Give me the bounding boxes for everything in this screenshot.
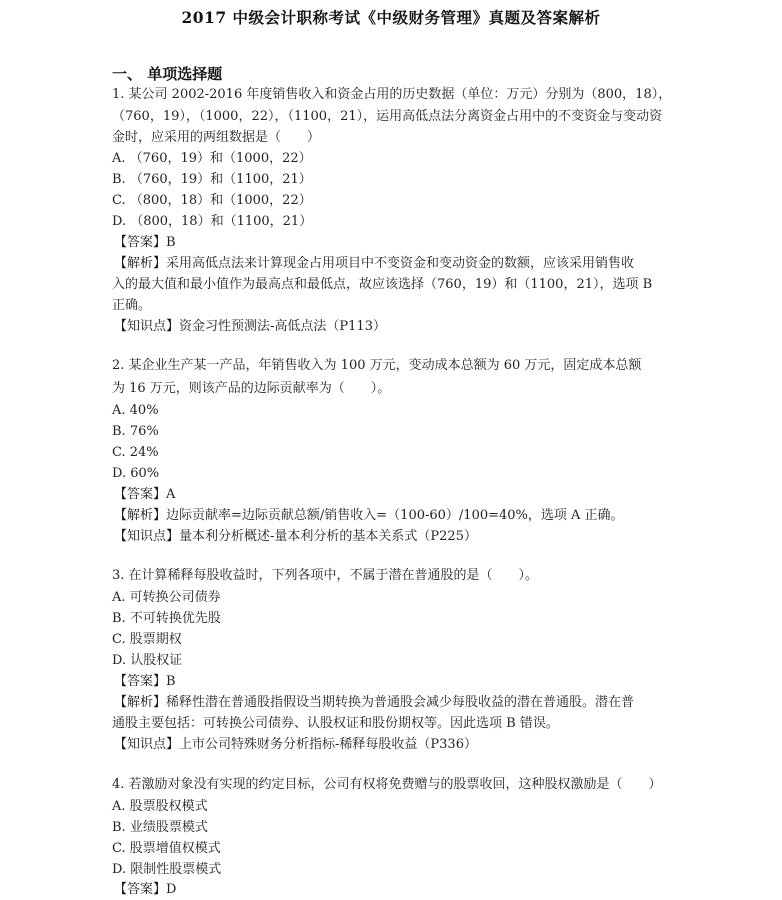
option-a: A. （760，19）和（1000，22） (112, 149, 312, 169)
answer-value: B (166, 674, 176, 689)
analysis-line: 【解析】稀释性潜在普通股指假设当期转换为普通股会减少每股收益的潜在普通股。潜在普 (114, 693, 634, 713)
option-d: D. 认股权证 (112, 651, 182, 671)
answer-label: 【答案】 (114, 882, 166, 897)
knowledge-line: 【知识点】资金习性预测法-高低点法（P113） (114, 317, 386, 337)
analysis-text: 入的最大值和最小值作为最高点和最低点，故应该选择（760，19）和（1100，2… (112, 275, 652, 295)
analysis-line: 【解析】边际贡献率=边际贡献总额/销售收入=（100-60）/100=40%，选… (114, 506, 624, 526)
knowledge-text: 上市公司特殊财务分析指标-稀释每股收益（P336） (179, 737, 477, 752)
analysis-text: 采用高低点法来计算现金占用项目中不变资金和变动资金的数额，应该采用销售收 (166, 256, 634, 271)
document-page: 2017 中级会计职称考试《中级财务管理》真题及答案解析 一、 单项选择题 1.… (0, 0, 782, 900)
knowledge-line: 【知识点】上市公司特殊财务分析指标-稀释每股收益（P336） (114, 735, 477, 755)
question-stem-line: 4. 若激励对象没有实现的约定目标，公司有权将免费赠与的股票收回，这种股权激励是… (112, 775, 662, 795)
option-b: B. 76% (112, 422, 159, 442)
answer-value: D (166, 882, 176, 897)
option-a: A. 股票股权模式 (112, 797, 208, 817)
option-d: D. 60% (112, 464, 159, 484)
option-d: D. 限制性股票模式 (112, 860, 221, 880)
knowledge-label: 【知识点】 (114, 737, 179, 752)
answer-label: 【答案】 (114, 235, 166, 250)
question-stem-line: 为 16 万元，则该产品的边际贡献率为（ ）。 (112, 379, 390, 399)
analysis-label: 【解析】 (114, 256, 166, 271)
option-c: C. 24% (112, 443, 159, 463)
answer-value: A (166, 487, 175, 502)
answer-label: 【答案】 (114, 487, 166, 502)
answer-value: B (166, 235, 176, 250)
analysis-line: 【解析】采用高低点法来计算现金占用项目中不变资金和变动资金的数额，应该采用销售收 (114, 254, 634, 274)
question-stem-line: 2. 某企业生产某一产品，年销售收入为 100 万元，变动成本总额为 60 万元… (112, 356, 641, 376)
option-b: B. 不可转换优先股 (112, 609, 221, 629)
option-c: C. 股票增值权模式 (112, 839, 221, 859)
analysis-text: 边际贡献率=边际贡献总额/销售收入=（100-60）/100=40%，选项 A … (166, 508, 624, 523)
answer-line: 【答案】B (114, 672, 176, 692)
option-b: B. 业绩股票模式 (112, 818, 208, 838)
option-a: A. 可转换公司债券 (112, 588, 221, 608)
question-stem-line: （760，19），（1000，22），（1100，21），运用高低点法分离资金占… (112, 107, 662, 127)
question-stem-line: 3. 在计算稀释每股收益时，下列各项中，不属于潜在普通股的是（ ）。 (112, 566, 538, 586)
answer-line: 【答案】B (114, 233, 176, 253)
analysis-label: 【解析】 (114, 508, 166, 523)
section-heading: 一、 单项选择题 (112, 63, 222, 84)
knowledge-line: 【知识点】量本利分析概述-量本利分析的基本关系式（P225） (114, 527, 477, 547)
option-a: A. 40% (112, 401, 159, 421)
answer-label: 【答案】 (114, 674, 166, 689)
knowledge-label: 【知识点】 (114, 529, 179, 544)
option-c: C. 股票期权 (112, 630, 182, 650)
question-stem-line: 1. 某公司 2002-2016 年度销售收入和资金占用的历史数据（单位：万元）… (112, 85, 671, 105)
option-c: C. （800，18）和（1000，22） (112, 191, 312, 211)
analysis-text: 正确。 (112, 296, 151, 316)
knowledge-label: 【知识点】 (114, 319, 179, 334)
document-title: 2017 中级会计职称考试《中级财务管理》真题及答案解析 (0, 6, 782, 28)
analysis-text: 稀释性潜在普通股指假设当期转换为普通股会减少每股收益的潜在普通股。潜在普 (166, 695, 634, 710)
option-b: B. （760，19）和（1100，21） (112, 170, 312, 190)
answer-line: 【答案】A (114, 485, 175, 505)
analysis-text: 通股主要包括：可转换公司债券、认股权证和股份期权等。因此选项 B 错误。 (112, 714, 559, 734)
answer-line: 【答案】D (114, 880, 176, 900)
knowledge-text: 量本利分析概述-量本利分析的基本关系式（P225） (179, 529, 477, 544)
analysis-label: 【解析】 (114, 695, 166, 710)
option-d: D. （800，18）和（1100，21） (112, 212, 312, 232)
question-stem-line: 金时，应采用的两组数据是（ ） (112, 128, 320, 148)
knowledge-text: 资金习性预测法-高低点法（P113） (179, 319, 386, 334)
